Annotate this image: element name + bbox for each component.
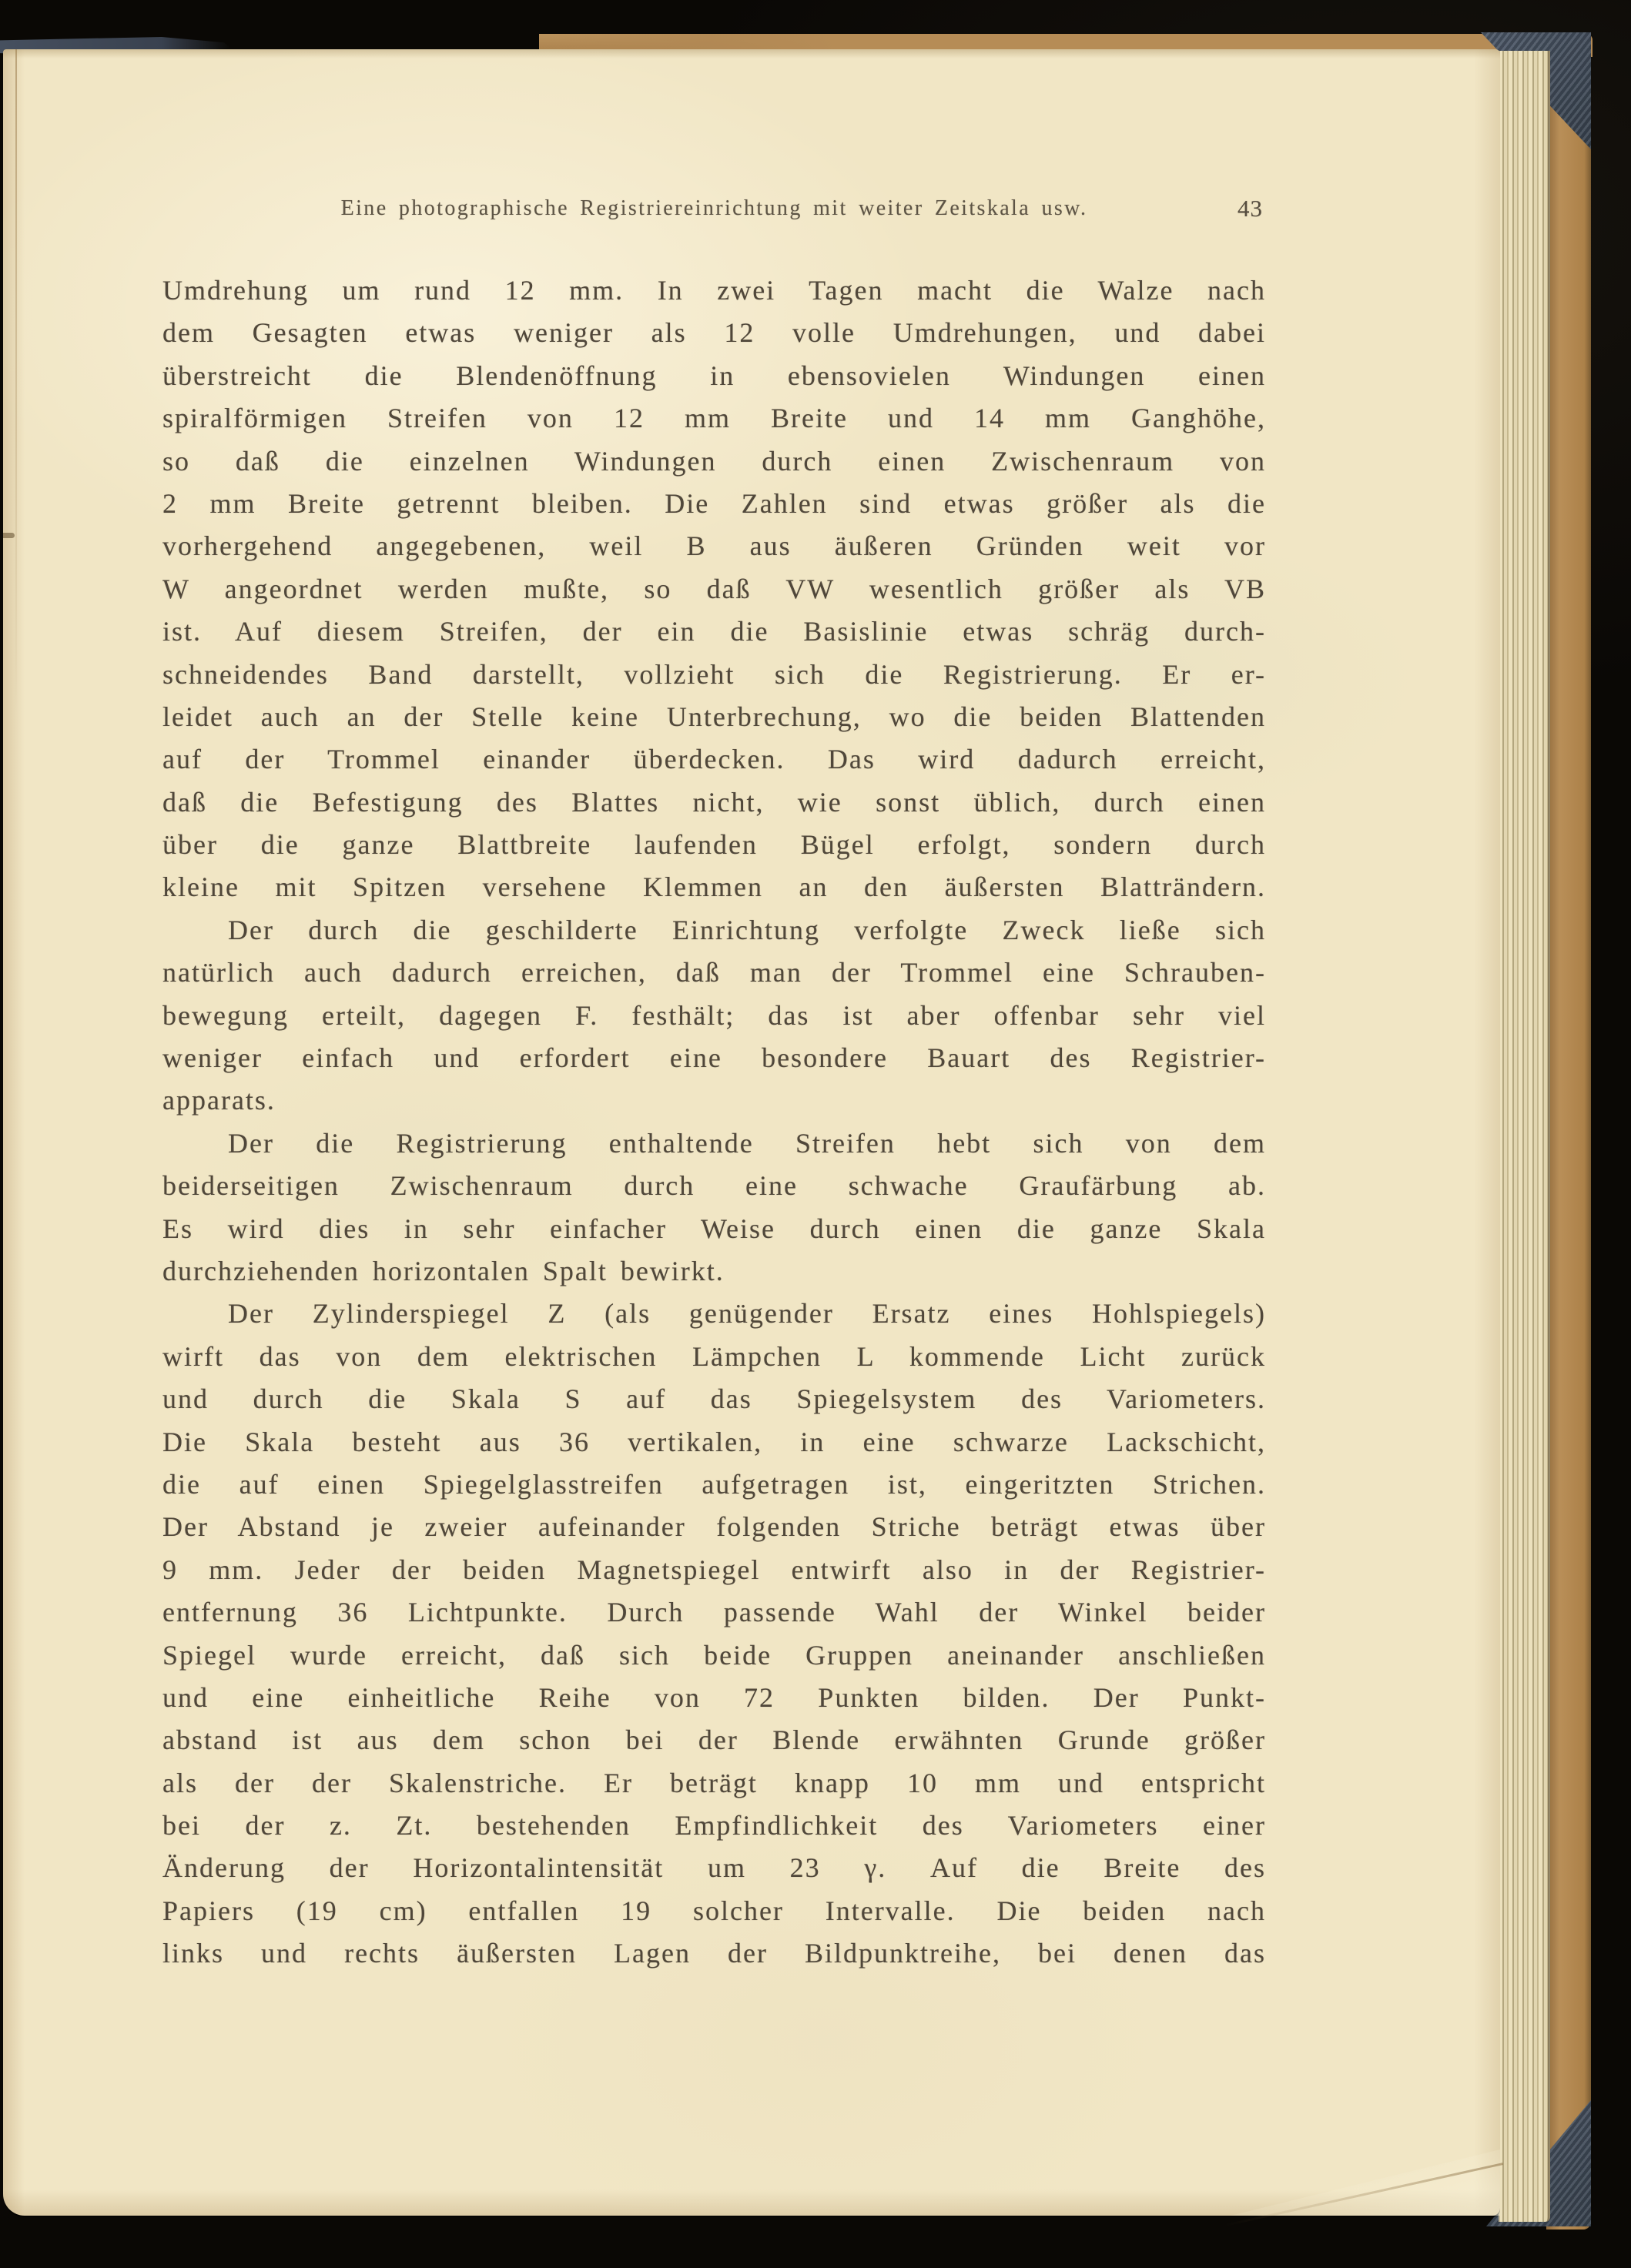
text-line: Der Abstand je zweier aufeinander folgen… <box>162 1506 1266 1548</box>
page-crease-left <box>15 49 17 773</box>
text-line: entfernung 36 Lichtpunkte. Durch passend… <box>162 1591 1266 1634</box>
text-line: Der durch die geschilderte Einrichtung v… <box>162 909 1266 952</box>
text-line: dem Gesagten etwas weniger als 12 volle … <box>162 312 1266 354</box>
text-line: ist. Auf diesem Streifen, der ein die Ba… <box>162 610 1266 653</box>
book-page: Eine photographische Registriereinrichtu… <box>3 49 1500 2216</box>
text-line: bewegung erteilt, dagegen F. festhält; d… <box>162 995 1266 1037</box>
text-line: natürlich auch dadurch erreichen, daß ma… <box>162 952 1266 994</box>
book-scan: Eine photographische Registriereinrichtu… <box>0 0 1631 2268</box>
text-line: überstreicht die Blendenöffnung in ebens… <box>162 355 1266 397</box>
text-line: daß die Befestigung des Blattes nicht, w… <box>162 781 1266 824</box>
book-cover-right-edge <box>1546 34 1591 2230</box>
text-line: 2 mm Breite getrennt bleiben. Die Zahlen… <box>162 483 1266 525</box>
text-line: Der die Registrierung enthaltende Streif… <box>162 1122 1266 1165</box>
page-body-text: Umdrehung um rund 12 mm. In zwei Tagen m… <box>162 269 1266 1975</box>
text-line: spiralförmigen Streifen von 12 mm Breite… <box>162 397 1266 440</box>
page-nick-left-edge <box>3 533 15 538</box>
text-line: abstand ist aus dem schon bei der Blende… <box>162 1719 1266 1761</box>
text-line: auf der Trommel einander überdecken. Das… <box>162 738 1266 781</box>
page-number: 43 <box>1237 191 1263 226</box>
page-edge-stack <box>1499 51 1550 2222</box>
text-line: beiderseitigen Zwischenraum durch eine s… <box>162 1165 1266 1207</box>
text-line: Es wird dies in sehr einfacher Weise dur… <box>162 1208 1266 1250</box>
text-line: Papiers (19 cm) entfallen 19 solcher Int… <box>162 1890 1266 1932</box>
text-line: und eine einheitliche Reihe von 72 Punkt… <box>162 1677 1266 1719</box>
text-line: so daß die einzelnen Windungen durch ein… <box>162 440 1266 483</box>
text-line: apparats. <box>162 1079 1266 1122</box>
text-line: die auf einen Spiegelglasstreifen aufget… <box>162 1463 1266 1506</box>
text-line: Die Skala besteht aus 36 vertikalen, in … <box>162 1421 1266 1463</box>
text-line: als der der Skalenstriche. Er beträgt kn… <box>162 1762 1266 1805</box>
text-line: wirft das von dem elektrischen Lämpchen … <box>162 1336 1266 1378</box>
text-line: Der Zylinderspiegel Z (als genügender Er… <box>162 1293 1266 1335</box>
text-line: schneidendes Band darstellt, vollzieht s… <box>162 654 1266 696</box>
page-corner-fold <box>1231 2149 1500 2216</box>
text-line: links und rechts äußersten Lagen der Bil… <box>162 1932 1266 1975</box>
text-line: und durch die Skala S auf das Spiegelsys… <box>162 1378 1266 1420</box>
text-line: bei der z. Zt. bestehenden Empfindlichke… <box>162 1805 1266 1847</box>
text-line: Spiegel wurde erreicht, daß sich beide G… <box>162 1634 1266 1677</box>
text-line: vorhergehend angegebenen, weil B aus äuß… <box>162 525 1266 567</box>
text-line: durchziehenden horizontalen Spalt bewirk… <box>162 1250 1266 1293</box>
text-line: kleine mit Spitzen versehene Klemmen an … <box>162 866 1266 908</box>
running-header-title: Eine photographische Registriereinrichtu… <box>341 196 1088 220</box>
text-line: weniger einfach und erfordert eine beson… <box>162 1037 1266 1079</box>
running-header: Eine photographische Registriereinrichtu… <box>162 191 1266 226</box>
text-line: W angeordnet werden mußte, so daß VW wes… <box>162 568 1266 610</box>
text-line: leidet auch an der Stelle keine Unterbre… <box>162 696 1266 738</box>
text-line: Umdrehung um rund 12 mm. In zwei Tagen m… <box>162 269 1266 312</box>
text-line: über die ganze Blattbreite laufenden Büg… <box>162 824 1266 866</box>
text-line: Änderung der Horizontalintensität um 23 … <box>162 1847 1266 1889</box>
text-line: 9 mm. Jeder der beiden Magnetspiegel ent… <box>162 1549 1266 1591</box>
